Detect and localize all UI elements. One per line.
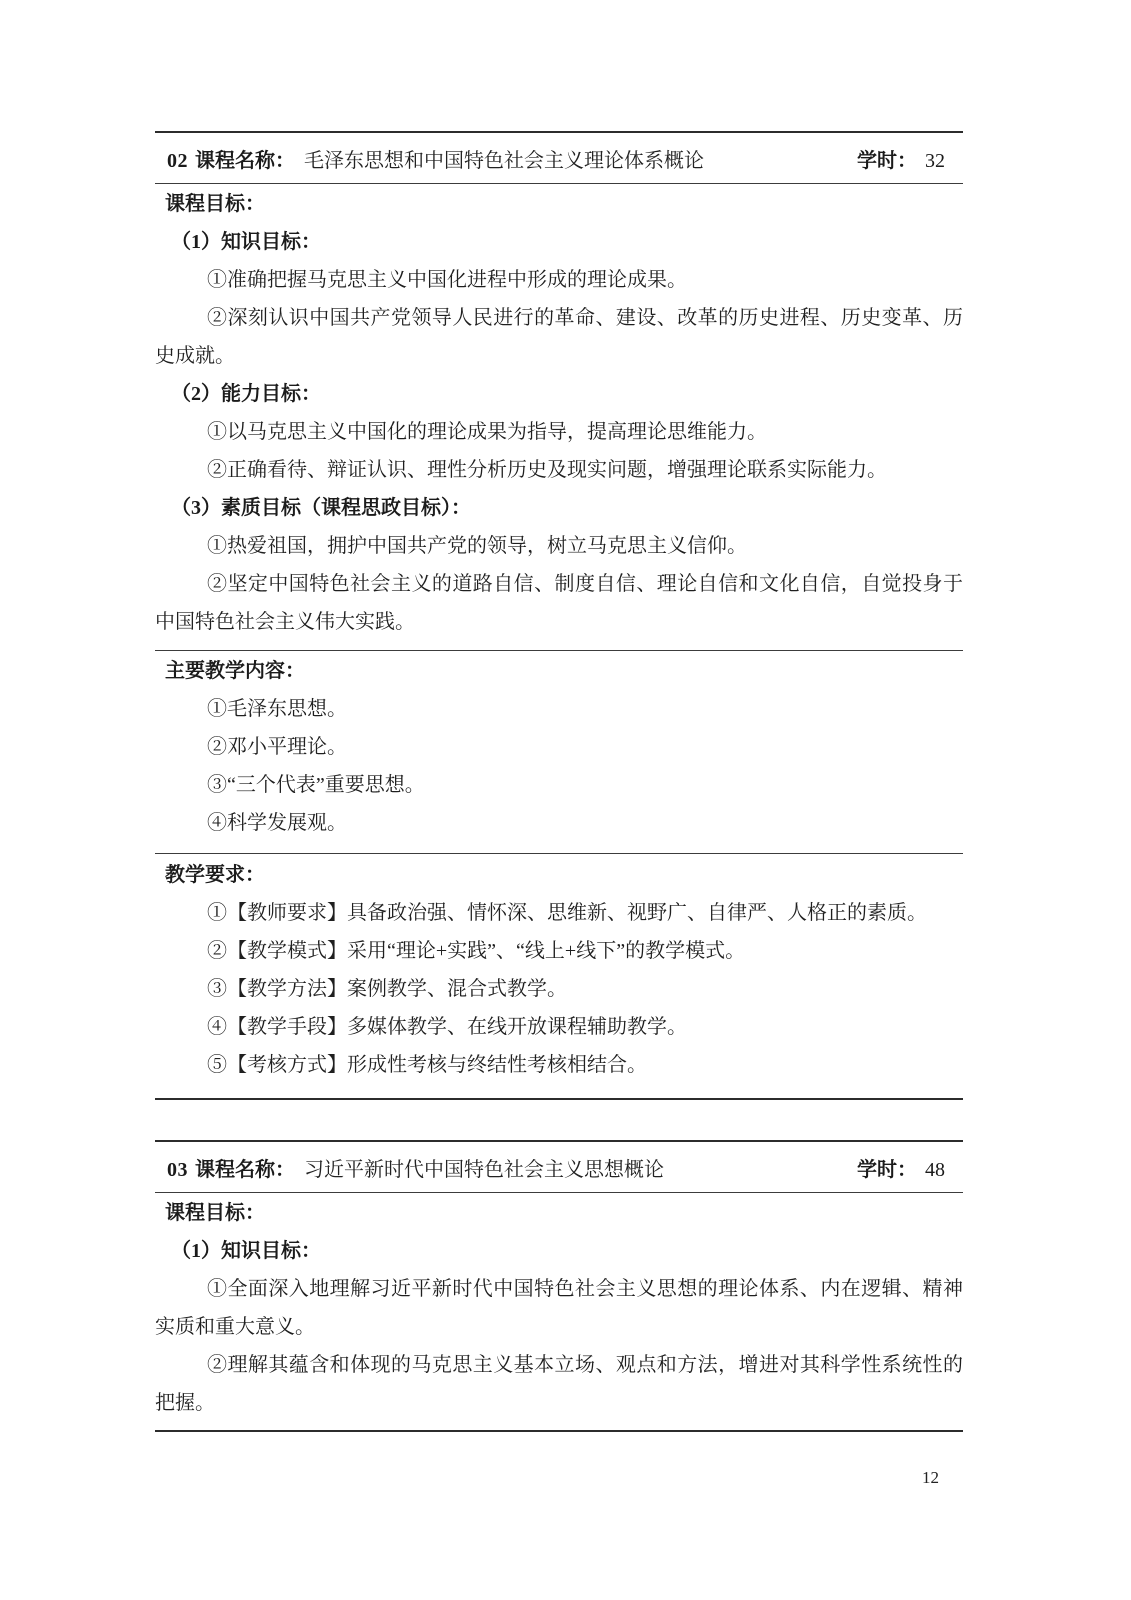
course-objectives-block: 课程目标： （1）知识目标： ①准确把握马克思主义中国化进程中形成的理论成果。 … bbox=[155, 184, 963, 650]
page-content: 02 课程名称： 毛泽东思想和中国特色社会主义理论体系概论 学时： 32 课程目… bbox=[155, 131, 963, 1432]
objective-item: ①以马克思主义中国化的理论成果为指导，提高理论思维能力。 bbox=[155, 413, 963, 451]
class-hours-value: 32 bbox=[925, 150, 945, 173]
course-objectives-block: 课程目标： （1）知识目标： ①全面深入地理解习近平新时代中国特色社会主义思想的… bbox=[155, 1193, 963, 1430]
objectives-heading: 课程目标： bbox=[155, 1194, 963, 1232]
class-hours-label: 学时： bbox=[857, 1153, 917, 1182]
objectives-heading: 课程目标： bbox=[155, 185, 963, 223]
teaching-content-block: 主要教学内容： ①毛泽东思想。 ②邓小平理论。 ③“三个代表”重要思想。 ④科学… bbox=[155, 651, 963, 853]
course-code: 02 bbox=[167, 150, 188, 173]
objective-item: ②正确看待、辩证认识、理性分析历史及现实问题，增强理论联系实际能力。 bbox=[155, 451, 963, 489]
course-code: 03 bbox=[167, 1159, 188, 1182]
knowledge-objectives-heading: （1）知识目标： bbox=[155, 223, 963, 261]
content-item: ②邓小平理论。 bbox=[155, 728, 963, 766]
objective-item: ①准确把握马克思主义中国化进程中形成的理论成果。 bbox=[155, 261, 963, 299]
content-item: ③“三个代表”重要思想。 bbox=[155, 766, 963, 804]
course-title: 毛泽东思想和中国特色社会主义理论体系概论 bbox=[304, 144, 704, 173]
objective-item: ②深刻认识中国共产党领导人民进行的革命、建设、改革的历史进程、历史变革、历史成就… bbox=[155, 299, 963, 375]
requirement-item: ④【教学手段】多媒体教学、在线开放课程辅助教学。 bbox=[155, 1008, 963, 1046]
course-section-03: 03 课程名称： 习近平新时代中国特色社会主义思想概论 学时： 48 课程目标：… bbox=[155, 1140, 963, 1432]
teaching-requirements-heading: 教学要求： bbox=[155, 856, 963, 894]
class-hours-value: 48 bbox=[925, 1159, 945, 1182]
teaching-requirements-block: 教学要求： ①【教师要求】具备政治强、情怀深、思维新、视野广、自律严、人格正的素… bbox=[155, 854, 963, 1098]
objective-item: ②坚定中国特色社会主义的道路自信、制度自信、理论自信和文化自信，自觉投身于中国特… bbox=[155, 565, 963, 641]
quality-objectives-heading: （3）素质目标（课程思政目标）： bbox=[155, 489, 963, 527]
divider-double-bottom bbox=[155, 1430, 963, 1432]
requirement-item: ⑤【考核方式】形成性考核与终结性考核相结合。 bbox=[155, 1046, 963, 1084]
requirement-item: ③【教学方法】案例教学、混合式教学。 bbox=[155, 970, 963, 1008]
page-number: 12 bbox=[155, 1468, 963, 1488]
class-hours-label: 学时： bbox=[857, 144, 917, 173]
objective-item: ①热爱祖国，拥护中国共产党的领导，树立马克思主义信仰。 bbox=[155, 527, 963, 565]
document-page: 02 课程名称： 毛泽东思想和中国特色社会主义理论体系概论 学时： 32 课程目… bbox=[0, 0, 1131, 1600]
course-name-label: 课程名称： bbox=[195, 1153, 295, 1182]
requirement-item: ①【教师要求】具备政治强、情怀深、思维新、视野广、自律严、人格正的素质。 bbox=[155, 894, 963, 932]
knowledge-objectives-heading: （1）知识目标： bbox=[155, 1232, 963, 1270]
course-section-02: 02 课程名称： 毛泽东思想和中国特色社会主义理论体系概论 学时： 32 课程目… bbox=[155, 131, 963, 1100]
section-gap bbox=[155, 1100, 963, 1140]
ability-objectives-heading: （2）能力目标： bbox=[155, 375, 963, 413]
course-name-label: 课程名称： bbox=[195, 144, 295, 173]
content-item: ①毛泽东思想。 bbox=[155, 690, 963, 728]
course-header: 03 课程名称： 习近平新时代中国特色社会主义思想概论 学时： 48 bbox=[155, 1142, 963, 1192]
teaching-content-heading: 主要教学内容： bbox=[155, 652, 963, 690]
course-title: 习近平新时代中国特色社会主义思想概论 bbox=[304, 1153, 664, 1182]
objective-item: ①全面深入地理解习近平新时代中国特色社会主义思想的理论体系、内在逻辑、精神实质和… bbox=[155, 1270, 963, 1346]
requirement-item: ②【教学模式】采用“理论+实践”、“线上+线下”的教学模式。 bbox=[155, 932, 963, 970]
course-header: 02 课程名称： 毛泽东思想和中国特色社会主义理论体系概论 学时： 32 bbox=[155, 133, 963, 183]
objective-item: ②理解其蕴含和体现的马克思主义基本立场、观点和方法，增进对其科学性系统性的把握。 bbox=[155, 1346, 963, 1422]
content-item: ④科学发展观。 bbox=[155, 804, 963, 842]
